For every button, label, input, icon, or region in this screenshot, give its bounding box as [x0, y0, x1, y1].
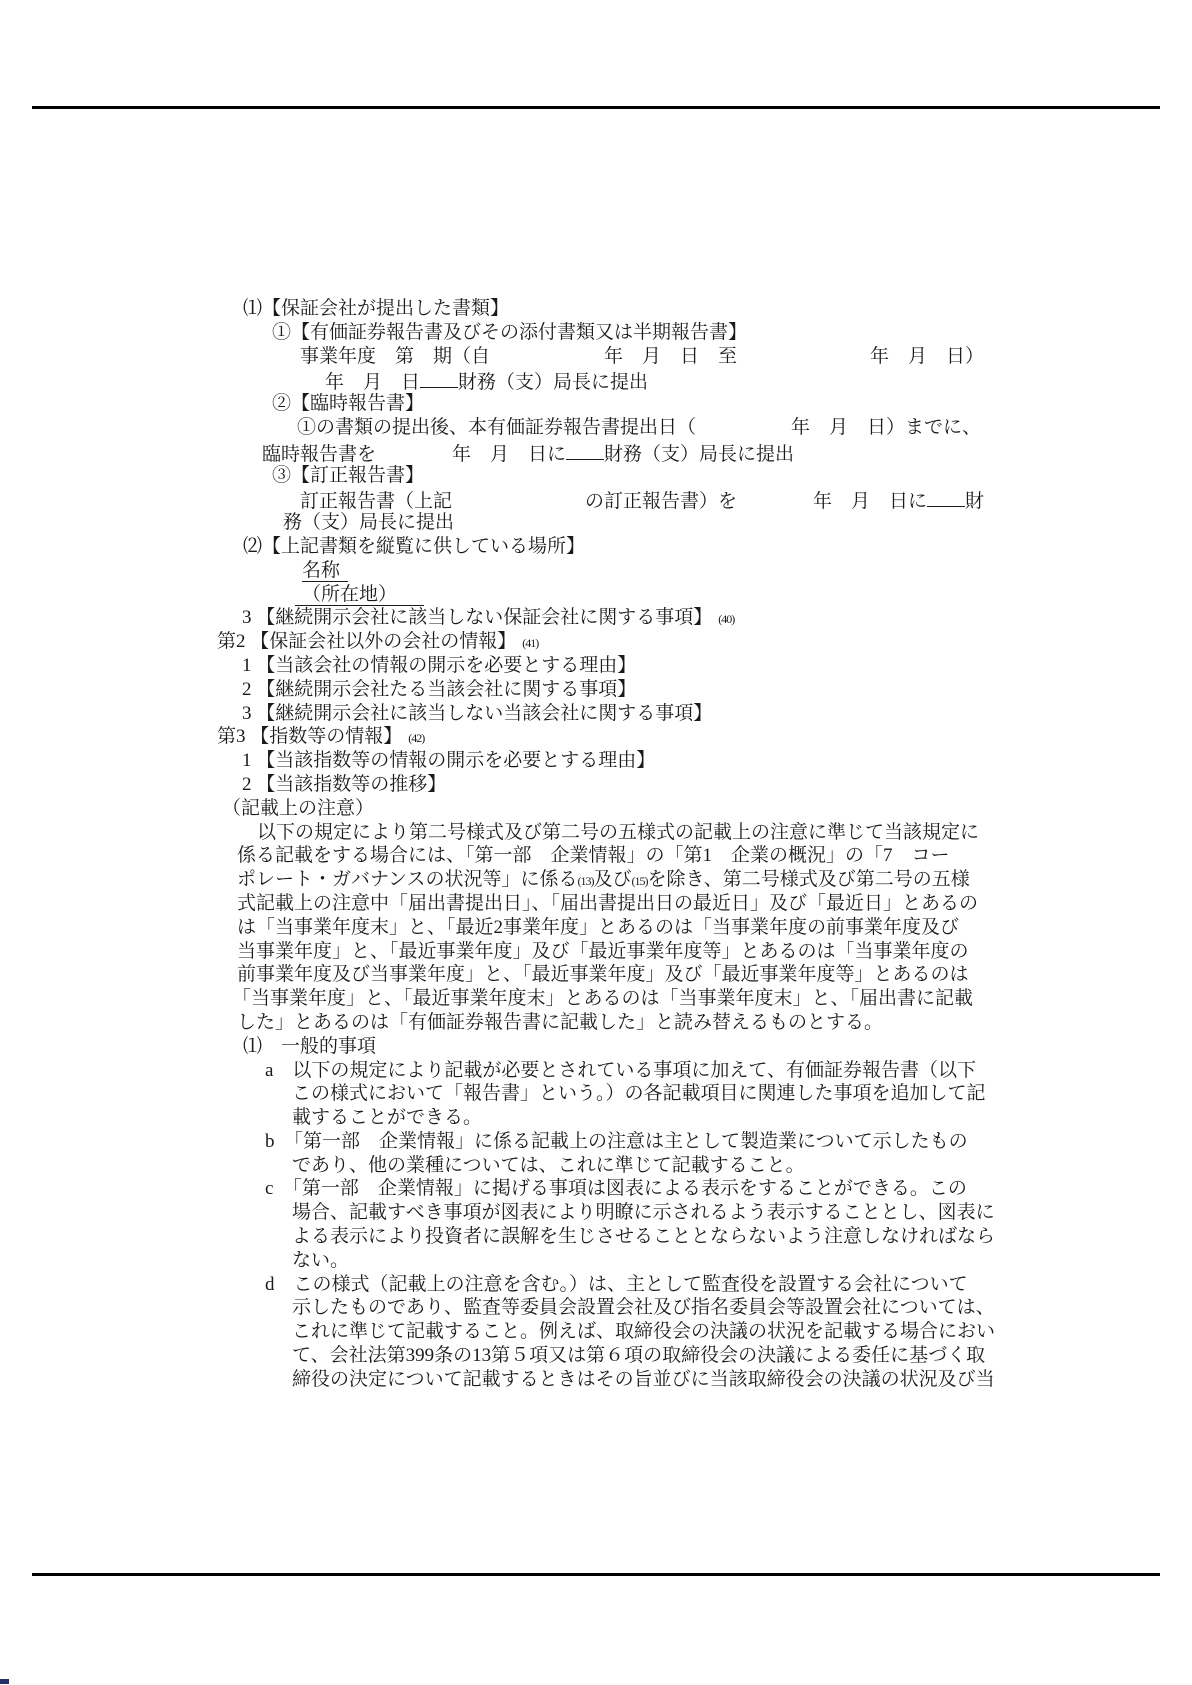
bottom-rule — [32, 1573, 1160, 1576]
text-line: 係る記載をする場合には、「第一部 企業情報」の「第1 企業の概況」の「7 コー — [0, 844, 1192, 868]
text-segment: （記載上の注意） — [222, 798, 374, 819]
text-segment: 2 【当該指数等の推移】 — [242, 774, 446, 795]
text-line: 場合、記載すべき事項が図表により明瞭に示されるよう表示することとし、図表に — [0, 1201, 1192, 1225]
text-segment: であり、他の業種については、これに準じて記載すること。 — [292, 1155, 805, 1176]
text-line: 1 【当該指数等の情報の開示を必要とする理由】 — [0, 749, 1192, 773]
document-page: ⑴【保証会社が提出した書類】①【有価証券報告書及びその添付書類又は半期報告書】事… — [0, 0, 1192, 1685]
text-segment: (42) — [402, 731, 424, 745]
text-segment: (13) — [577, 874, 593, 888]
text-segment: 「当事業年度」と、「最近事業年度末」とあるのは「当事業年度末」と、「届出書に記載 — [232, 988, 973, 1009]
text-line: 務（支）局長に提出 — [0, 511, 1192, 535]
text-segment: 3 【継続開示会社に該当しない当該会社に関する事項】 — [242, 703, 712, 724]
text-line: 3 【継続開示会社に該当しない保証会社に関する事項】(40) — [0, 606, 1192, 630]
text-segment: （所在地） — [295, 584, 424, 606]
text-segment: 第2 【保証会社以外の会社の情報】 — [217, 631, 516, 652]
text-segment: 当事業年度」と、「最近事業年度」及び「最近事業年度等」とあるのは「当事業年度の — [237, 941, 969, 962]
text-segment: b 「第一部 企業情報」に係る記載上の注意は主として製造業について示したもの — [265, 1131, 968, 1152]
text-segment: c 「第一部 企業情報」に掲げる事項は図表による表示をすることができる。この — [265, 1178, 967, 1199]
text-segment: 係る記載をする場合には、「第一部 企業情報」の「第1 企業の概況」の「7 コー — [237, 845, 950, 866]
text-segment: ②【臨時報告書】 — [272, 393, 424, 414]
text-segment: した」とあるのは「有価証券報告書に記載した」と読み替えるものとする。 — [237, 1012, 883, 1033]
text-segment: よる表示により投資者に誤解を生じさせることとならないよう注意しなければなら — [292, 1226, 995, 1247]
text-line: した」とあるのは「有価証券報告書に記載した」と読み替えるものとする。 — [0, 1011, 1192, 1035]
text-segment: 事業年度 第 期（自 年 月 日 至 年 月 日） — [300, 346, 984, 367]
text-segment: 1 【当該会社の情報の開示を必要とする理由】 — [242, 655, 636, 676]
text-segment: 訂正報告書（上記 の訂正報告書）を 年 月 日に — [300, 491, 927, 512]
text-segment: 財務（支）局長に提出 — [458, 372, 648, 393]
text-line: ①【有価証券報告書及びその添付書類又は半期報告書】 — [0, 321, 1192, 345]
text-segment: は「当事業年度末」と、「最近2事業年度」とあるのは「当事業年度の前事業年度及び — [237, 917, 959, 938]
text-segment: ⑵【上記書類を縦覧に供している場所】 — [243, 536, 585, 557]
fill-in-blank — [420, 368, 458, 388]
text-segment: ①の書類の提出後、本有価証券報告書提出日（ 年 月 日）までに、 — [297, 417, 981, 438]
text-line: 2 【当該指数等の推移】 — [0, 773, 1192, 797]
text-line: ②【臨時報告書】 — [0, 392, 1192, 416]
text-segment: 財 — [965, 491, 984, 512]
text-line: ⑴【保証会社が提出した書類】 — [0, 297, 1192, 321]
text-line: 当事業年度」と、「最近事業年度」及び「最近事業年度等」とあるのは「当事業年度の — [0, 940, 1192, 964]
text-segment: 1 【当該指数等の情報の開示を必要とする理由】 — [242, 750, 655, 771]
text-segment: て、会社法第399条の13第５項又は第６項の取締役会の決議による委任に基づく取 — [292, 1345, 985, 1366]
text-segment: 以下の規定により第二号様式及び第二号の五様式の記載上の注意に準じて当該規定に — [257, 822, 979, 843]
text-segment: 年 月 日 — [325, 372, 420, 393]
text-line: b 「第一部 企業情報」に係る記載上の注意は主として製造業について示したもの — [0, 1130, 1192, 1154]
text-line: 「当事業年度」と、「最近事業年度末」とあるのは「当事業年度末」と、「届出書に記載 — [0, 987, 1192, 1011]
text-line: 第2 【保証会社以外の会社の情報】(41) — [0, 630, 1192, 654]
text-line: 年 月 日財務（支）局長に提出 — [0, 368, 1192, 392]
text-line: 以下の規定により第二号様式及び第二号の五様式の記載上の注意に準じて当該規定に — [0, 821, 1192, 845]
text-line: 訂正報告書（上記 の訂正報告書）を 年 月 日に財 — [0, 487, 1192, 511]
text-line: 3 【継続開示会社に該当しない当該会社に関する事項】 — [0, 702, 1192, 726]
text-line: ①の書類の提出後、本有価証券報告書提出日（ 年 月 日）までに、 — [0, 416, 1192, 440]
text-line: て、会社法第399条の13第５項又は第６項の取締役会の決議による委任に基づく取 — [0, 1344, 1192, 1368]
text-line: d この様式（記載上の注意を含む。）は、主として監査役を設置する会社について — [0, 1273, 1192, 1297]
text-segment: (15) — [632, 874, 648, 888]
text-segment: (40) — [712, 612, 734, 626]
fill-in-blank — [927, 487, 965, 507]
text-segment: (41) — [516, 636, 538, 650]
text-line: 2 【継続開示会社たる当該会社に関する事項】 — [0, 678, 1192, 702]
text-segment: a 以下の規定により記載が必要とされている事項に加えて、有価証券報告書（以下 — [265, 1060, 976, 1081]
text-line: 式記載上の注意中「届出書提出日」、「届出書提出日の最近日」及び「最近日」とあるの — [0, 892, 1192, 916]
text-line: 示したものであり、監査等委員会設置会社及び指名委員会等設置会社については、 — [0, 1296, 1192, 1320]
text-line: 締役の決定について記載するときはその旨並びに当該取締役会の決議の状況及び当 — [0, 1368, 1192, 1392]
text-segment: 2 【継続開示会社たる当該会社に関する事項】 — [242, 679, 636, 700]
document-body: ⑴【保証会社が提出した書類】①【有価証券報告書及びその添付書類又は半期報告書】事… — [0, 297, 1192, 1392]
text-line: （記載上の注意） — [0, 797, 1192, 821]
text-line: ③【訂正報告書】 — [0, 464, 1192, 488]
text-segment: 場合、記載すべき事項が図表により明瞭に示されるよう表示することとし、図表に — [292, 1202, 995, 1223]
text-line: この様式において「報告書」という。）の各記載項目に関連した事項を追加して記 — [0, 1082, 1192, 1106]
text-line: a 以下の規定により記載が必要とされている事項に加えて、有価証券報告書（以下 — [0, 1059, 1192, 1083]
text-segment: 臨時報告書を 年 月 日に — [262, 444, 566, 465]
text-line: ⑵【上記書類を縦覧に供している場所】 — [0, 535, 1192, 559]
text-line: （所在地） — [0, 583, 1192, 607]
text-segment: d この様式（記載上の注意を含む。）は、主として監査役を設置する会社について — [265, 1274, 968, 1295]
text-segment: ③【訂正報告書】 — [272, 465, 424, 486]
text-segment: 財務（支）局長に提出 — [604, 444, 794, 465]
text-segment: この様式において「報告書」という。）の各記載項目に関連した事項を追加して記 — [292, 1083, 986, 1104]
scan-artifact — [0, 1679, 9, 1684]
text-segment: 載することができる。 — [292, 1107, 482, 1128]
text-line: ⑴ 一般的事項 — [0, 1035, 1192, 1059]
top-rule — [32, 106, 1160, 109]
text-line: 臨時報告書を 年 月 日に財務（支）局長に提出 — [0, 440, 1192, 464]
text-segment: 前事業年度及び当事業年度」と、「最近事業年度」及び「最近事業年度等」とあるのは — [237, 964, 969, 985]
text-segment: ポレート・ガバナンスの状況等」に係る — [237, 869, 577, 890]
text-segment: 名称 — [302, 560, 348, 582]
text-segment: 締役の決定について記載するときはその旨並びに当該取締役会の決議の状況及び当 — [292, 1369, 995, 1390]
text-segment: これに準じて記載すること。例えば、取締役会の決議の状況を記載する場合におい — [292, 1321, 995, 1342]
text-segment: ⑴【保証会社が提出した書類】 — [243, 298, 509, 319]
text-line: 名称 — [0, 559, 1192, 583]
text-segment: 式記載上の注意中「届出書提出日」、「届出書提出日の最近日」及び「最近日」とあるの — [237, 893, 978, 914]
text-line: 載することができる。 — [0, 1106, 1192, 1130]
text-segment: を除き、第二号様式及び第二号の五様 — [648, 869, 970, 890]
text-line: 事業年度 第 期（自 年 月 日 至 年 月 日） — [0, 345, 1192, 369]
text-line: は「当事業年度末」と、「最近2事業年度」とあるのは「当事業年度の前事業年度及び — [0, 916, 1192, 940]
text-line: 前事業年度及び当事業年度」と、「最近事業年度」及び「最近事業年度等」とあるのは — [0, 963, 1192, 987]
text-line: よる表示により投資者に誤解を生じさせることとならないよう注意しなければなら — [0, 1225, 1192, 1249]
text-segment: 及び — [593, 869, 631, 890]
text-line: であり、他の業種については、これに準じて記載すること。 — [0, 1154, 1192, 1178]
text-segment: ⑴ 一般的事項 — [243, 1036, 376, 1057]
text-segment: ない。 — [292, 1250, 349, 1271]
text-line: 1 【当該会社の情報の開示を必要とする理由】 — [0, 654, 1192, 678]
text-segment: 務（支）局長に提出 — [283, 512, 454, 533]
text-line: 第3 【指数等の情報】(42) — [0, 725, 1192, 749]
text-line: ない。 — [0, 1249, 1192, 1273]
text-segment: 3 【継続開示会社に該当しない保証会社に関する事項】 — [242, 607, 712, 628]
text-line: c 「第一部 企業情報」に掲げる事項は図表による表示をすることができる。この — [0, 1177, 1192, 1201]
fill-in-blank — [566, 440, 604, 460]
text-segment: 示したものであり、監査等委員会設置会社及び指名委員会等設置会社については、 — [292, 1297, 995, 1318]
text-line: ポレート・ガバナンスの状況等」に係る(13)及び(15)を除き、第二号様式及び第… — [0, 868, 1192, 892]
text-segment: 第3 【指数等の情報】 — [217, 726, 402, 747]
text-segment: ①【有価証券報告書及びその添付書類又は半期報告書】 — [272, 322, 747, 343]
text-line: これに準じて記載すること。例えば、取締役会の決議の状況を記載する場合におい — [0, 1320, 1192, 1344]
